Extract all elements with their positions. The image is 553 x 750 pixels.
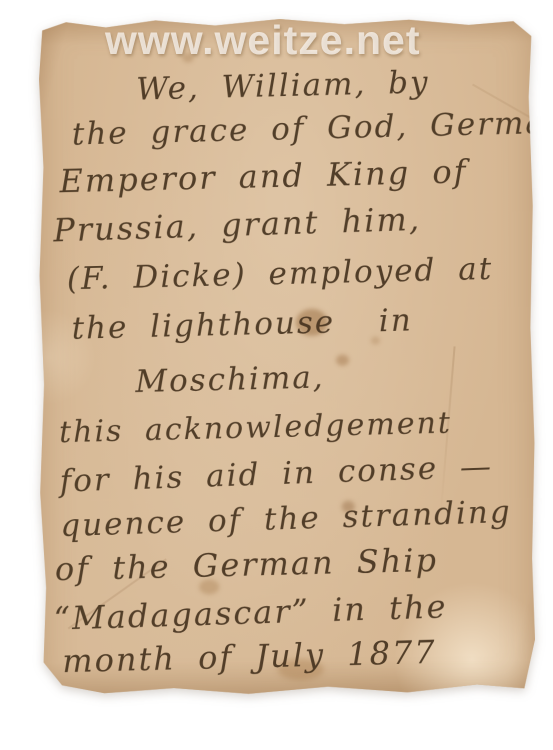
handwritten-line: quence of the stranding: [60, 495, 512, 543]
handwritten-line: of the German Ship: [55, 543, 439, 588]
handwritten-line: the lighthouse in: [71, 303, 413, 345]
handwritten-line: the grace of God, German: [71, 105, 553, 151]
handwritten-line: for his aid in conse —: [59, 450, 493, 499]
paper-wrapper: We, William, by the grace of God, German…: [36, 16, 537, 697]
page-background: We, William, by the grace of God, German…: [0, 0, 553, 750]
handwritten-line: Prussia, grant him,: [53, 202, 422, 249]
handwritten-line: month of July 1877: [62, 635, 437, 679]
handwritten-line: (F. Dicke) employed at: [67, 252, 494, 297]
handwritten-line: Emperor and King of: [59, 154, 468, 199]
paper-document: We, William, by the grace of God, German…: [36, 16, 537, 697]
watermark: www.weitze.net: [105, 20, 420, 61]
handwritten-line: We, William, by: [136, 65, 430, 106]
handwritten-text-block: We, William, by the grace of God, German…: [33, 14, 539, 699]
handwritten-line: “Madagascar” in the: [53, 589, 448, 637]
handwritten-line: this acknowledgement: [59, 407, 453, 450]
handwritten-line: Moschima,: [135, 360, 325, 399]
